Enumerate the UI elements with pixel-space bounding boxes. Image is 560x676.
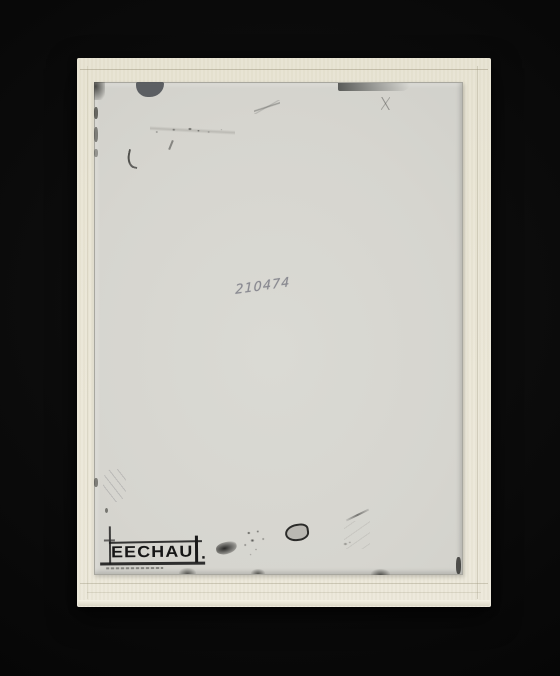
stain-left-edge-chip	[94, 478, 98, 487]
photo-backdrop: 210474 EECHAU .	[0, 0, 560, 676]
board-crease-right	[477, 66, 478, 599]
pencil-scribble	[103, 469, 126, 502]
stamp-text: EECHAU	[111, 545, 194, 562]
stain-top-blob	[136, 82, 164, 97]
backing-board: 210474 EECHAU .	[77, 58, 491, 607]
stain-speckle-band	[150, 123, 235, 138]
stain-tick-mark	[168, 140, 174, 150]
ink-smudge	[215, 540, 238, 556]
stain-left-edge-chip	[94, 127, 98, 142]
scratch-mark	[346, 509, 369, 522]
stamp-bottom-line	[100, 562, 205, 565]
board-edge-highlight	[78, 600, 490, 606]
artwork-back-panel: 210474 EECHAU .	[94, 82, 463, 575]
stamp-sub-line	[106, 567, 163, 569]
ink-speckle-cluster	[238, 527, 274, 557]
handwritten-number: 210474	[235, 275, 290, 298]
stain-left-edge-dot	[105, 508, 108, 513]
stain-x-mark	[381, 97, 390, 110]
ink-blob	[284, 522, 310, 542]
stain-near-stamp	[341, 540, 352, 548]
stain-corner-top-left	[94, 82, 105, 100]
stain-top-right-smudge	[338, 83, 410, 91]
board-crease-top	[80, 69, 488, 70]
stamp-period: .	[201, 546, 206, 562]
maker-stamp: EECHAU .	[100, 523, 212, 571]
stain-left-edge-chip	[94, 107, 98, 119]
stain-corner-bottom-right	[456, 557, 461, 574]
stain-hook-mark	[125, 149, 140, 169]
stain-bottom-edge	[251, 569, 265, 574]
board-crease-bottom-2	[87, 592, 481, 593]
stain-scribble	[254, 100, 280, 114]
board-crease-bottom-1	[80, 583, 488, 584]
stain-bottom-edge	[371, 569, 390, 575]
stain-left-edge-chip	[94, 149, 98, 157]
stamp-right-bar	[195, 536, 198, 563]
board-crease-left	[87, 66, 88, 599]
